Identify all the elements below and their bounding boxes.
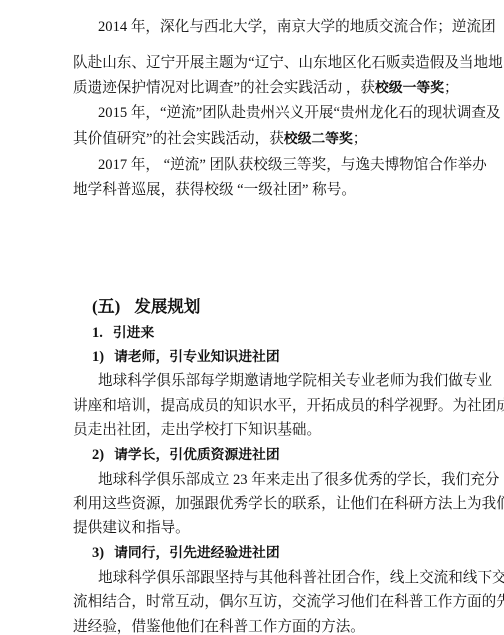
item-2-line-3: 提供建议和指导。 (73, 518, 443, 538)
paragraph-2015-line-1: 2015 年，“逆流”团队赴贵州兴义开展“贵州龙化石的现状调查及 (98, 103, 443, 123)
item-2-line-1: 地球科学俱乐部成立 23 年来走出了很多优秀的学长，我们充分 (98, 470, 443, 490)
item-3-line-1: 地球科学俱乐部跟坚持与其他科普社团合作，线上交流和线下交 (98, 568, 443, 588)
award-second-prize: 校级二等奖 (284, 131, 353, 147)
item-heading-3: 3)请同行，引先进经验进社团 (92, 543, 280, 563)
subsection-title: 引进来 (113, 325, 154, 341)
paragraph-2014-line-1: 2014 年，深化与西北大学，南京大学的地质交流合作；逆流团 (98, 17, 443, 37)
punctuation: ； (444, 80, 459, 96)
section-title: 发展规划 (134, 297, 200, 316)
paragraph-2014-line-3: 质遗迹保护情况对比调查”的社会实践活动 ，获校级一等奖； (73, 78, 443, 98)
item-number: 2) (92, 447, 104, 463)
item-1-line-2: 讲座和培训，提高成员的知识水平，开拓成员的科学视野。为社团成 (73, 396, 443, 416)
subsection-number: 1. (92, 325, 103, 341)
award-first-prize: 校级一等奖 (375, 80, 444, 96)
item-number: 1) (92, 349, 104, 365)
item-3-line-3: 进经验，借鉴他他们在科普工作方面的方法。 (73, 617, 443, 635)
paragraph-2015-text: 其价值研究”的社会实践活动，获 (73, 131, 284, 147)
item-heading-1: 1)请老师，引专业知识进社团 (92, 347, 280, 367)
paragraph-2014-line-2: 队赴山东、辽宁开展主题为“辽宁、山东地区化石贩卖造假及当地地 (73, 53, 443, 73)
item-heading-2: 2)请学长，引优质资源进社团 (92, 445, 280, 465)
item-title: 请学长，引优质资源进社团 (114, 447, 280, 463)
item-1-line-3: 员走出社团，走出学校打下知识基础。 (73, 420, 443, 440)
document-page: 2014 年，深化与西北大学，南京大学的地质交流合作；逆流团 队赴山东、辽宁开展… (0, 0, 504, 635)
paragraph-2017-line-2: 地学科普巡展，获得校级 “一级社团” 称号。 (73, 180, 443, 200)
item-title: 请老师，引专业知识进社团 (114, 349, 280, 365)
paragraph-2015-line-2: 其价值研究”的社会实践活动，获校级二等奖； (73, 129, 443, 149)
item-1-line-1: 地球科学俱乐部每学期邀请地学院相关专业老师为我们做专业 (98, 371, 443, 391)
paragraph-2014-text: 质遗迹保护情况对比调查”的社会实践活动 ，获 (73, 80, 375, 96)
item-2-line-2: 利用这些资源，加强跟优秀学长的联系，让他们在科研方法上为我们 (73, 494, 443, 514)
subsection-heading: 1.引进来 (92, 323, 154, 343)
item-title: 请同行，引先进经验进社团 (114, 545, 280, 561)
item-3-line-2: 流相结合，时常互动，偶尔互访，交流学习他们在科普工作方面的先 (73, 592, 443, 612)
section-heading: (五)发展规划 (92, 296, 200, 318)
punctuation: ； (353, 131, 368, 147)
paragraph-2017-line-1: 2017 年， “逆流” 团队获校级三等奖，与逸夫博物馆合作举办 (98, 155, 443, 175)
item-number: 3) (92, 545, 104, 561)
section-number: (五) (92, 297, 120, 316)
